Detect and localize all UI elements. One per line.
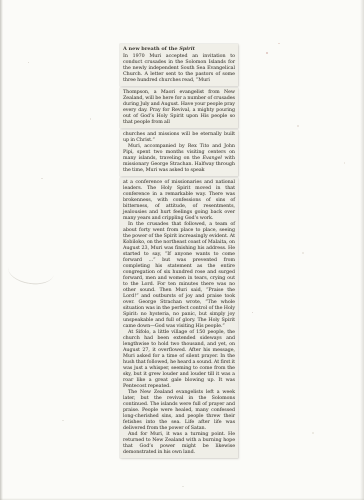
scan-speck xyxy=(62,420,64,421)
clipping-paragraph: Muri, accompanied by Rex Tito and John P… xyxy=(123,144,235,174)
scan-speck xyxy=(278,43,280,44)
clipping-strip-1: A new breath of the Spirit In 1970 Muri … xyxy=(120,44,238,86)
clipping-title-italic: Spirit xyxy=(179,46,195,52)
clipping-strip-2: Thompson, a Maori evangelist from New Ze… xyxy=(120,88,238,128)
clipping-strip-4: at a conference of missionaries and nati… xyxy=(120,178,238,458)
scan-speck xyxy=(28,62,29,63)
clipping-paragraph: churches and missions will be eternally … xyxy=(123,132,235,144)
scan-speck xyxy=(41,178,43,179)
clipping-paragraph: Thompson, a Maori evangelist from New Ze… xyxy=(123,90,235,126)
scan-speck xyxy=(266,52,268,54)
clipping-title: A new breath of the Spirit xyxy=(123,46,235,53)
clipping-paragraph: In the crusades that followed, a team of… xyxy=(123,222,235,330)
clipping-paragraph: at a conference of missionaries and nati… xyxy=(123,180,235,222)
scan-speck xyxy=(302,252,304,254)
boat-name-italic: Evangel xyxy=(202,156,221,161)
clipping-title-text: A new breath of the xyxy=(123,46,179,52)
clipping-paragraph: In 1970 Muri accepted an invitation to c… xyxy=(123,54,235,84)
clipping-paragraph: At Sifolo, a little village of 150 peopl… xyxy=(123,330,235,390)
news-clipping: A new breath of the Spirit In 1970 Muri … xyxy=(120,44,238,458)
clipping-strip-3: churches and missions will be eternally … xyxy=(120,130,238,176)
scan-crease xyxy=(6,255,56,288)
clipping-paragraph: And for Muri, it was a turning point. He… xyxy=(123,432,235,456)
scan-edge-left xyxy=(0,0,3,500)
scan-speck xyxy=(182,486,184,487)
scan-speck xyxy=(312,432,314,434)
clipping-paragraph: The New Zealand evangelists left a week … xyxy=(123,390,235,432)
scan-edge-right xyxy=(360,0,364,500)
scanned-page: A new breath of the Spirit In 1970 Muri … xyxy=(0,0,364,500)
scan-speck xyxy=(90,118,91,120)
scan-speck xyxy=(297,125,299,127)
scan-speck xyxy=(344,162,345,164)
scan-speck xyxy=(252,312,253,313)
